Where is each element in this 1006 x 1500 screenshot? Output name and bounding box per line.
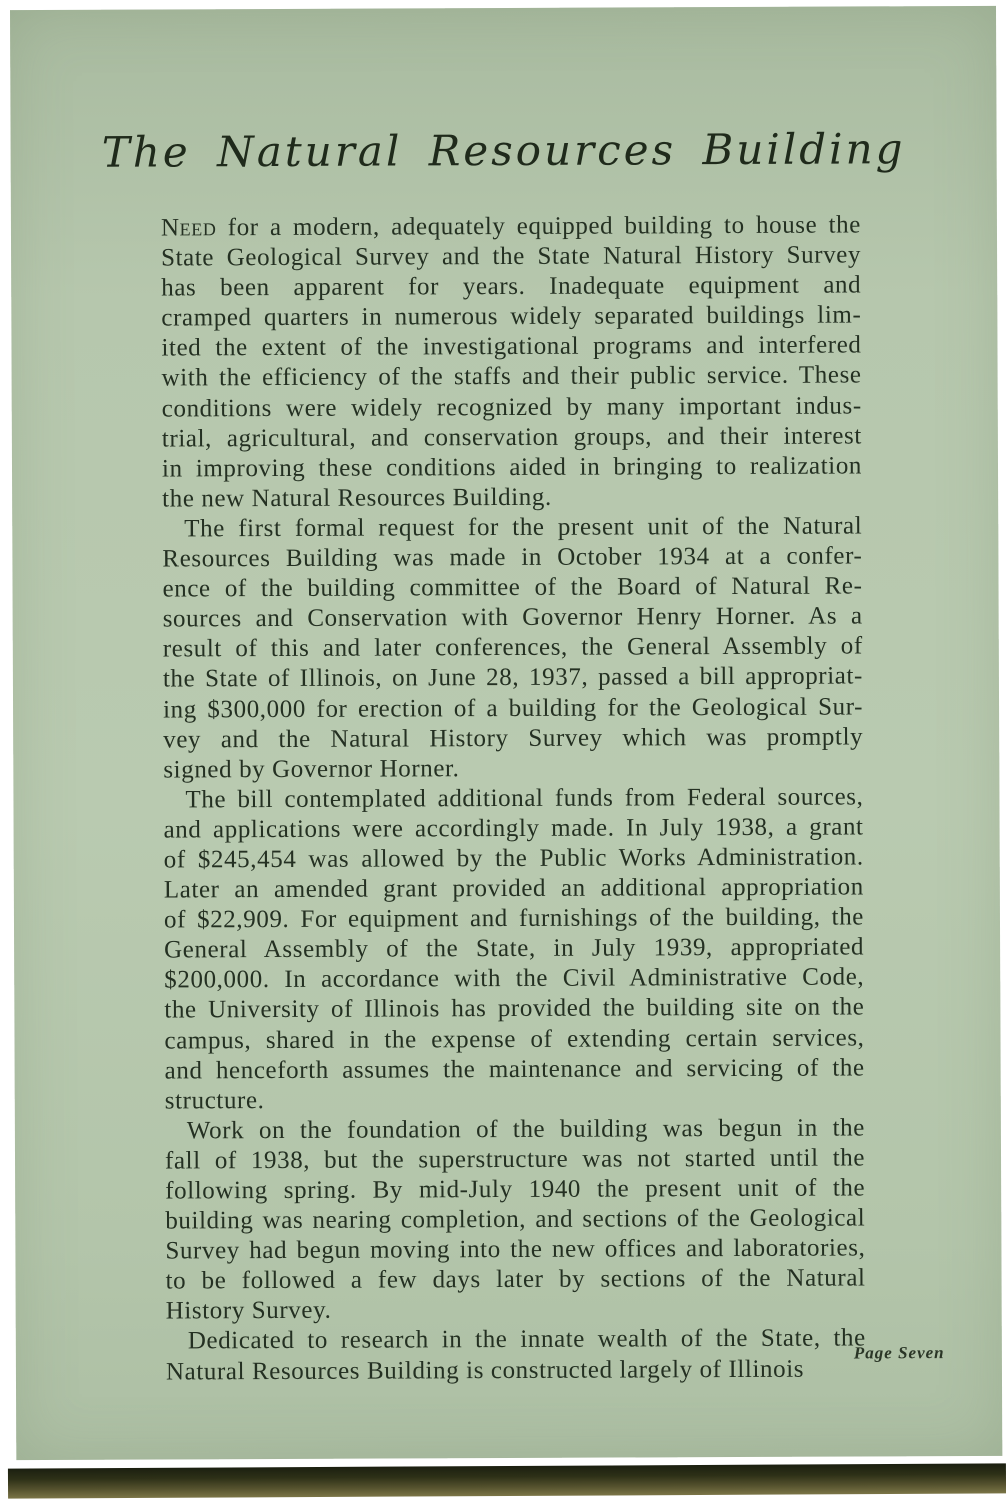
line-text: of $22,909. For equipment and furnishing…	[164, 904, 864, 934]
text-line: campus, shared in the expense of extendi…	[164, 1023, 864, 1056]
text-line: ing $300,000 for erection of a building …	[163, 692, 863, 725]
text-line: Natural Resources Building is constructe…	[166, 1354, 866, 1387]
page-bottom-edge-shadow	[8, 1463, 1006, 1498]
text-line: ence of the building committee of the Bo…	[162, 572, 862, 605]
line-text: the new Natural Resources Building.	[162, 484, 552, 513]
paragraph: The first formal request for the present…	[162, 511, 863, 785]
line-text: vey and the Natural History Survey which…	[163, 723, 863, 753]
page-title: The Natural Resources Building	[11, 124, 997, 177]
paragraph: Dedicated to research in the innate weal…	[166, 1324, 866, 1387]
line-text: has been apparent for years. Inadequate …	[161, 272, 861, 302]
text-line: conditions were widely recognized by man…	[162, 391, 862, 424]
text-line: following spring. By mid-July 1940 the p…	[165, 1173, 865, 1206]
line-text: Work on the foundation of the building w…	[187, 1114, 865, 1144]
text-line: The first formal request for the present…	[162, 511, 862, 544]
text-line: building was nearing completion, and sec…	[165, 1204, 865, 1237]
text-line: in improving these conditions aided in b…	[162, 451, 862, 484]
text-line: and henceforth assumes the maintenance a…	[165, 1053, 865, 1086]
paragraph: The bill contemplated additional funds f…	[163, 782, 864, 1116]
text-line: signed by Governor Horner.	[163, 752, 863, 785]
lead-in-smallcaps: Need	[161, 214, 217, 241]
line-text: conditions were widely recognized by man…	[162, 392, 862, 422]
text-line: the new Natural Resources Building.	[162, 481, 862, 514]
text-line: The bill contemplated additional funds f…	[163, 782, 863, 815]
line-text: campus, shared in the expense of extendi…	[164, 1024, 864, 1054]
line-text: The bill contemplated additional funds f…	[185, 783, 863, 813]
line-text: Resources Building was made in October 1…	[162, 542, 862, 572]
line-text: and applications were accordingly made. …	[164, 813, 864, 843]
text-line: and applications were accordingly made. …	[164, 812, 864, 845]
line-text: to be followed a few days later by secti…	[165, 1265, 865, 1295]
line-text: in improving these conditions aided in b…	[162, 452, 862, 482]
text-line: the State of Illinois, on June 28, 1937,…	[163, 662, 863, 695]
text-line: trial, agricultural, and conservation gr…	[162, 421, 862, 454]
text-line: vey and the Natural History Survey which…	[163, 722, 863, 755]
line-text: sources and Conservation with Governor H…	[163, 603, 863, 633]
line-text: of $245,454 was allowed by the Public Wo…	[164, 843, 864, 873]
line-text: $200,000. In accordance with the Civil A…	[164, 964, 864, 994]
line-text: building was nearing completion, and sec…	[165, 1205, 865, 1235]
paragraph: Work on the foundation of the building w…	[165, 1113, 866, 1327]
line-text: ence of the building committee of the Bo…	[162, 573, 862, 603]
text-line: Need for a modern, adequately equipped b…	[161, 210, 861, 243]
line-text: the State of Illinois, on June 28, 1937,…	[163, 663, 863, 693]
text-line: sources and Conservation with Governor H…	[163, 602, 863, 635]
text-line: $200,000. In accordance with the Civil A…	[164, 963, 864, 996]
scanned-page: The Natural Resources Building Need for …	[0, 0, 1006, 1500]
text-line: Later an amended grant provided an addit…	[164, 872, 864, 905]
text-line: to be followed a few days later by secti…	[165, 1264, 865, 1297]
line-text: with the efficiency of the staffs and th…	[162, 362, 862, 392]
line-text: cramped quarters in numerous widely sepa…	[161, 302, 861, 332]
text-line: fall of 1938, but the superstructure was…	[165, 1143, 865, 1176]
paragraph: Need for a modern, adequately equipped b…	[161, 210, 862, 514]
line-text: The first formal request for the present…	[184, 512, 862, 542]
text-line: with the efficiency of the staffs and th…	[162, 361, 862, 394]
line-text: for a modern, adequately equipped buildi…	[216, 211, 861, 241]
text-line: structure.	[165, 1083, 865, 1116]
text-line: ited the extent of the investigational p…	[161, 331, 861, 364]
line-text: State Geological Survey and the State Na…	[161, 242, 861, 272]
line-text: ing $300,000 for erection of a building …	[163, 693, 863, 723]
line-text: trial, agricultural, and conservation gr…	[162, 422, 862, 452]
text-line: cramped quarters in numerous widely sepa…	[161, 301, 861, 334]
line-text: structure.	[165, 1087, 265, 1114]
text-line: History Survey.	[166, 1294, 866, 1327]
text-line: result of this and later conferences, th…	[163, 632, 863, 665]
line-text: General Assembly of the State, in July 1…	[164, 934, 864, 964]
page-sheet: The Natural Resources Building Need for …	[10, 6, 1002, 1460]
page-number: Page Seven	[854, 1343, 945, 1363]
line-text: the University of Illinois has provided …	[164, 994, 864, 1024]
text-line: of $245,454 was allowed by the Public Wo…	[164, 842, 864, 875]
text-line: of $22,909. For equipment and furnishing…	[164, 903, 864, 936]
text-line: General Assembly of the State, in July 1…	[164, 933, 864, 966]
line-text: following spring. By mid-July 1940 the p…	[165, 1174, 865, 1204]
line-text: Survey had begun moving into the new off…	[165, 1235, 865, 1265]
line-text: Natural Resources Building is constructe…	[166, 1355, 804, 1385]
line-text: Dedicated to research in the innate weal…	[188, 1325, 866, 1355]
line-text: and henceforth assumes the maintenance a…	[165, 1054, 865, 1084]
text-line: Dedicated to research in the innate weal…	[166, 1324, 866, 1357]
text-line: State Geological Survey and the State Na…	[161, 241, 861, 274]
line-text: History Survey.	[166, 1297, 332, 1325]
body-text: Need for a modern, adequately equipped b…	[161, 210, 866, 1387]
text-line: Work on the foundation of the building w…	[165, 1113, 865, 1146]
text-line: has been apparent for years. Inadequate …	[161, 271, 861, 304]
line-text: ited the extent of the investigational p…	[161, 332, 861, 362]
line-text: Later an amended grant provided an addit…	[164, 873, 864, 903]
text-line: Survey had begun moving into the new off…	[165, 1234, 865, 1267]
line-text: signed by Governor Horner.	[163, 755, 459, 783]
text-line: Resources Building was made in October 1…	[162, 541, 862, 574]
line-text: result of this and later conferences, th…	[163, 633, 863, 663]
text-line: the University of Illinois has provided …	[164, 993, 864, 1026]
line-text: fall of 1938, but the superstructure was…	[165, 1144, 865, 1174]
